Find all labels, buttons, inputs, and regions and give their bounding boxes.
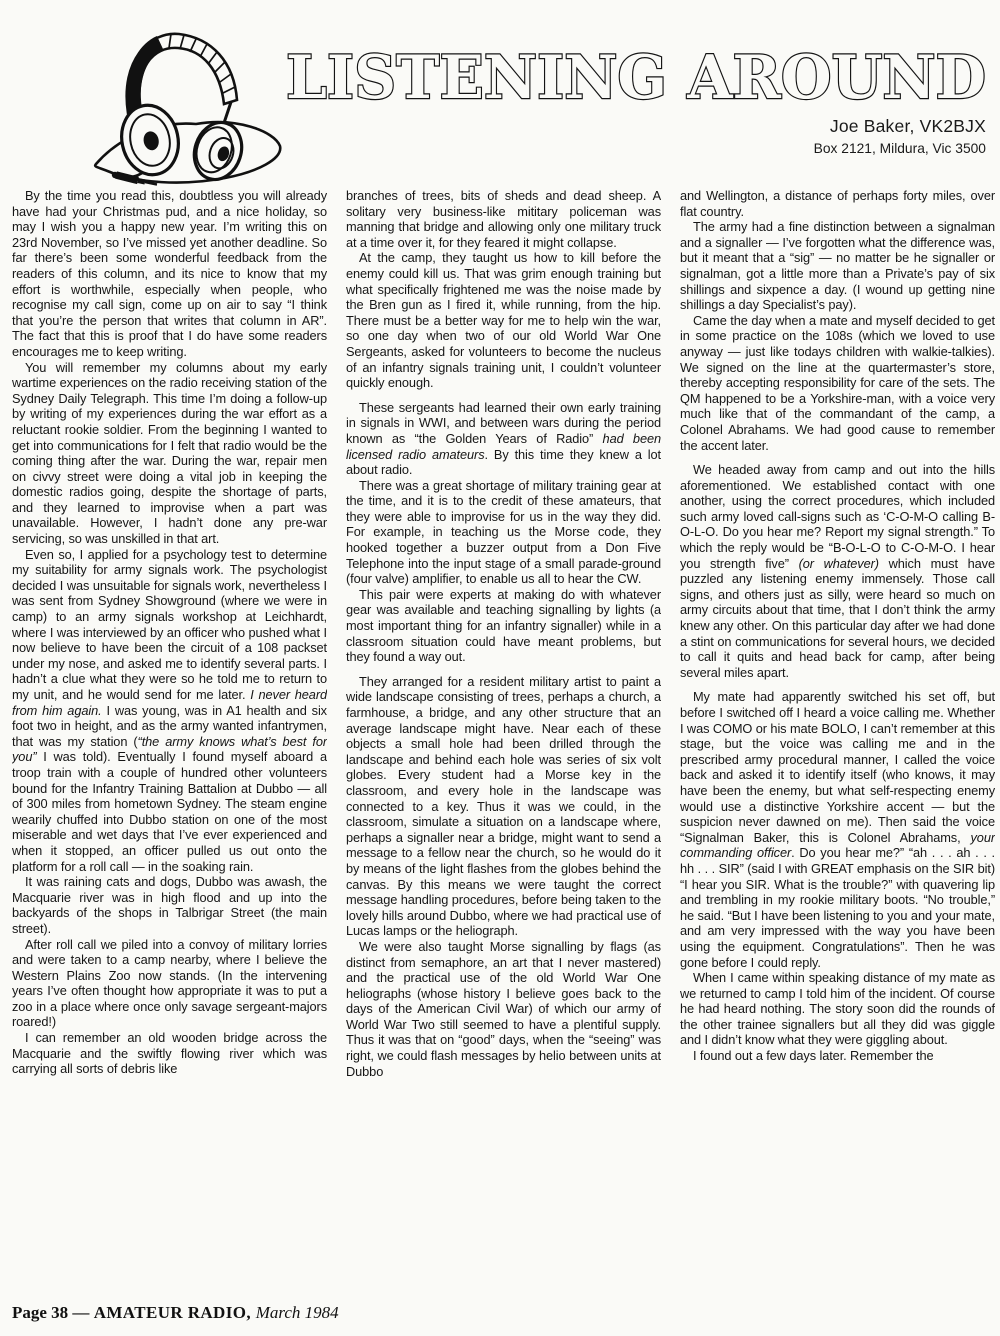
paragraph: I found out a few days later. Remember t… [680,1048,995,1064]
paragraph: You will remember my columns about my ea… [12,360,327,547]
paragraph: My mate had apparently switched his set … [680,689,995,970]
footer-magazine-title: AMATEUR RADIO, [94,1303,256,1322]
paragraph: Even so, I applied for a psychology test… [12,547,327,874]
paragraph: There was a great shortage of military t… [346,478,661,587]
byline: Joe Baker, VK2BJX Box 2121, Mildura, Vic… [814,116,986,157]
article-column-1: By the time you read this, doubtless you… [12,188,327,1312]
article-column-2: branches of trees, bits of sheds and dea… [346,188,661,1312]
paragraph: We were also taught Morse signalling by … [346,939,661,1079]
paragraph: The army had a fine distinction between … [680,219,995,313]
byline-author: Joe Baker, VK2BJX [814,116,986,138]
paragraph: I can remember an old wooden bridge acro… [12,1030,327,1077]
paragraph: At the camp, they taught us how to kill … [346,250,661,390]
paragraph: They arranged for a resident military ar… [346,674,661,939]
paragraph: We headed away from camp and out into th… [680,462,995,680]
paragraph: and Wellington, a distance of perhaps fo… [680,188,995,219]
footer-issue-date: March 1984 [256,1303,339,1322]
paragraph: Came the day when a mate and myself deci… [680,313,995,453]
masthead: LISTENING AROUND Joe Baker, VK2BJX Box 2… [0,0,1000,186]
paragraph: When I came within speaking distance of … [680,970,995,1048]
headphones-icon [50,18,285,186]
paragraph: It was raining cats and dogs, Dubbo was … [12,874,327,936]
paragraph: branches of trees, bits of sheds and dea… [346,188,661,250]
paragraph: These sergeants had learned their own ea… [346,400,661,478]
page-footer: Page 38 — AMATEUR RADIO, March 1984 [12,1303,339,1323]
paragraph: After roll call we piled into a convoy o… [12,937,327,1031]
article-column-3: and Wellington, a distance of perhaps fo… [680,188,995,1312]
page-title-text: LISTENING AROUND [286,43,986,113]
byline-address: Box 2121, Mildura, Vic 3500 [814,140,986,157]
paragraph: This pair were experts at making do with… [346,587,661,665]
article-body: By the time you read this, doubtless you… [12,188,995,1312]
paragraph: By the time you read this, doubtless you… [12,188,327,360]
page-title: LISTENING AROUND [282,42,990,116]
footer-page-number: Page 38 — [12,1303,94,1322]
